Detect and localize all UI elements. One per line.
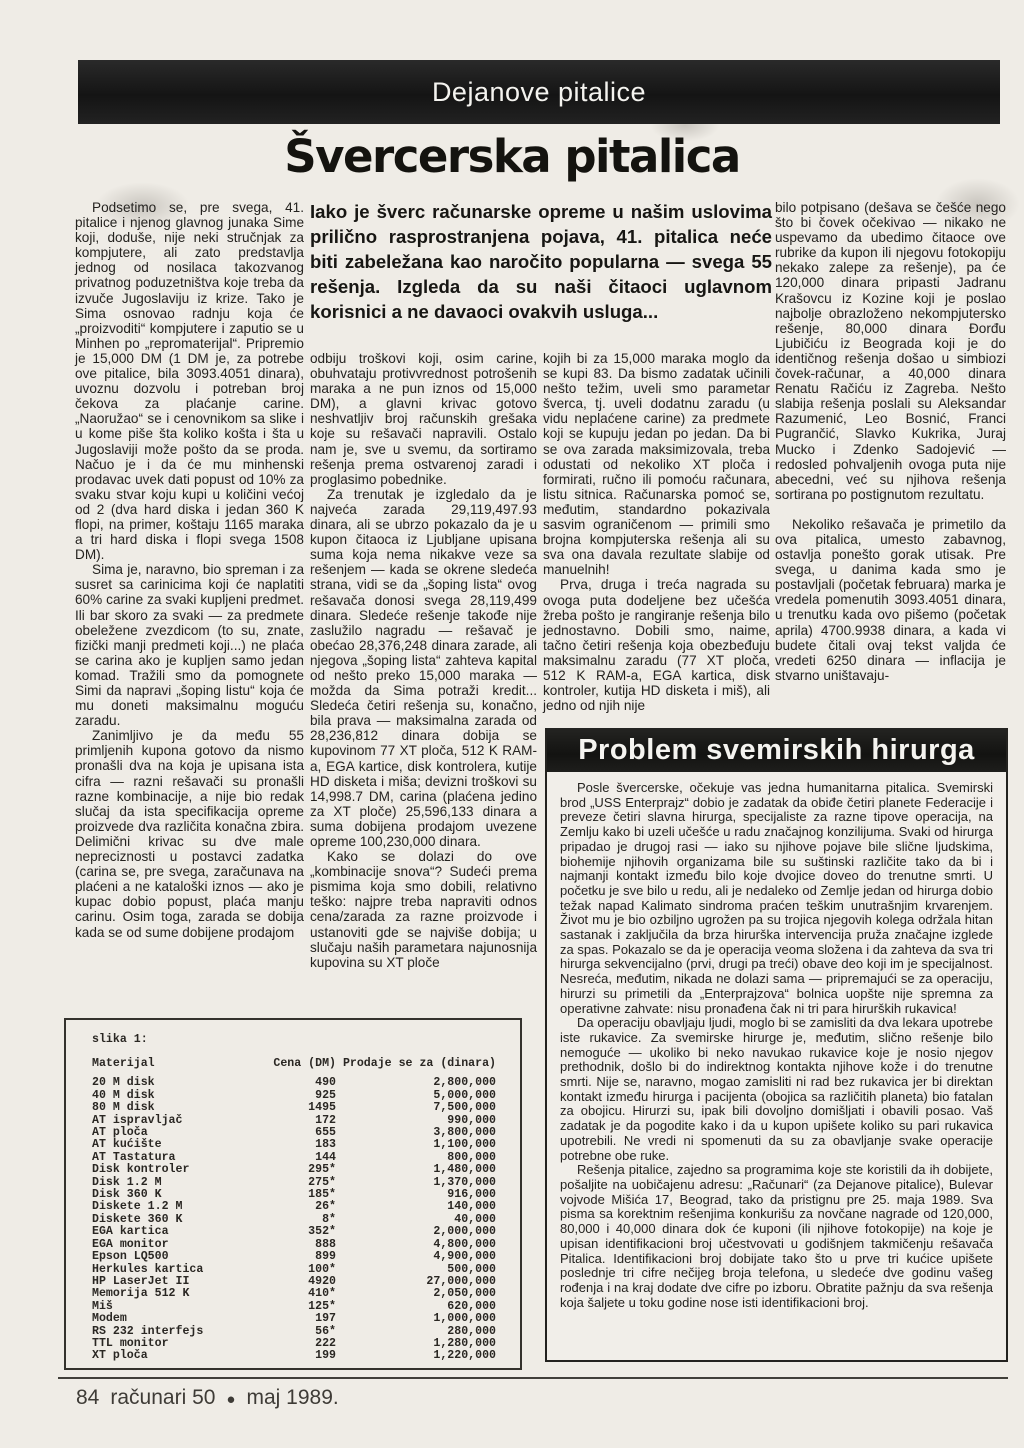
price-cell: 26* bbox=[242, 1201, 336, 1213]
paragraph: Rešenja pitalice, zajedno sa programima … bbox=[560, 1163, 993, 1310]
table-row: EGA kartica352*2,000,000 bbox=[92, 1226, 512, 1238]
paragraph: Sima je, naravno, bio spreman i za susre… bbox=[75, 562, 304, 728]
table-row: 20 M disk4902,800,000 bbox=[92, 1077, 512, 1089]
material-cell: XT ploča bbox=[92, 1350, 242, 1362]
problem-box-title: Problem svemirskih hirurga bbox=[578, 734, 975, 767]
column-1: Podsetimo se, pre svega, 41. pitalice i … bbox=[75, 200, 304, 940]
table-row: 80 M disk14957,500,000 bbox=[92, 1102, 512, 1114]
section-banner: Dejanove pitalice bbox=[78, 60, 1000, 124]
sell-cell: 1,100,000 bbox=[336, 1139, 496, 1151]
column-header-price: Cena (DM) bbox=[242, 1058, 336, 1070]
column-4: bilo potpisano (dešava se češće nego što… bbox=[775, 200, 1006, 683]
material-cell: Epson LQ500 bbox=[92, 1251, 242, 1263]
material-cell: 80 M disk bbox=[92, 1102, 242, 1114]
price-cell: 295* bbox=[242, 1164, 336, 1176]
price-cell: 183 bbox=[242, 1139, 336, 1151]
footer-divider bbox=[58, 1377, 1008, 1379]
paragraph: Nekoliko rešavača je primetilo da ova pi… bbox=[775, 517, 1006, 683]
table-row: Modem1971,000,000 bbox=[92, 1313, 512, 1325]
material-cell: Disk kontroler bbox=[92, 1164, 242, 1176]
table-row: XT ploča1991,220,000 bbox=[92, 1350, 512, 1362]
paragraph: Zanimljivo je da među 55 primljenih kupo… bbox=[75, 728, 304, 939]
page-title: Švercerska pitalica bbox=[0, 130, 1024, 183]
material-cell: Memorija 512 K bbox=[92, 1288, 242, 1300]
column-header-material: Materijal bbox=[92, 1058, 242, 1070]
table-row: Memorija 512 K410*2,050,000 bbox=[92, 1288, 512, 1300]
table-row: Diskete 1.2 M26*140,000 bbox=[92, 1201, 512, 1213]
paragraph: Posle švercerske, očekuje vas jedna huma… bbox=[560, 781, 993, 1016]
magazine-name: računari 50 bbox=[110, 1386, 215, 1410]
material-cell: Diskete 1.2 M bbox=[92, 1201, 242, 1213]
sell-cell: 4,900,000 bbox=[336, 1251, 496, 1263]
table-row: Epson LQ5008994,900,000 bbox=[92, 1251, 512, 1263]
column-3: kojih bi za 15,000 maraka moglo da se ku… bbox=[543, 351, 770, 713]
figure-header-row: Materijal Cena (DM) Prodaje se za (dinar… bbox=[92, 1058, 512, 1070]
issue-date: maj 1989. bbox=[246, 1386, 338, 1410]
lead-paragraph: Iako je šverc računarske opreme u našim … bbox=[310, 199, 772, 324]
column-2: odbiju troškovi koji, osim carine, obuhv… bbox=[310, 351, 537, 970]
paragraph: odbiju troškovi koji, osim carine, obuhv… bbox=[310, 351, 537, 487]
paragraph: Prva, druga i treća nagrada su ovoga put… bbox=[543, 577, 770, 713]
problem-box-title-bar: Problem svemirskih hirurga bbox=[547, 728, 1006, 772]
price-cell: 352* bbox=[242, 1226, 336, 1238]
paragraph: Za trenutak je izgledalo da je najveća z… bbox=[310, 487, 537, 849]
sell-cell: 2,000,000 bbox=[336, 1226, 496, 1238]
sell-cell: 2,050,000 bbox=[336, 1288, 496, 1300]
price-cell: 899 bbox=[242, 1251, 336, 1263]
sell-cell: 2,800,000 bbox=[336, 1077, 496, 1089]
price-list-figure: slika 1: Materijal Cena (DM) Prodaje se … bbox=[64, 1018, 522, 1370]
material-cell: Modem bbox=[92, 1313, 242, 1325]
page-number: 84 bbox=[76, 1386, 99, 1410]
sell-cell: 1,000,000 bbox=[336, 1313, 496, 1325]
sell-cell: 140,000 bbox=[336, 1201, 496, 1213]
paragraph: bilo potpisano (dešava se češće nego što… bbox=[775, 200, 1006, 502]
problem-box: Problem svemirskih hirurga Posle švercer… bbox=[545, 728, 1008, 1362]
table-row: Disk kontroler295*1,480,000 bbox=[92, 1164, 512, 1176]
bullet-separator: ● bbox=[226, 1391, 235, 1408]
material-cell: AT kućište bbox=[92, 1139, 242, 1151]
figure-caption: slika 1: bbox=[92, 1033, 512, 1046]
paragraph: Da operaciju obavljaju ljudi, moglo bi s… bbox=[560, 1016, 993, 1163]
sell-cell: 1,480,000 bbox=[336, 1164, 496, 1176]
material-cell: EGA kartica bbox=[92, 1226, 242, 1238]
table-row: AT kućište1831,100,000 bbox=[92, 1139, 512, 1151]
price-cell: 410* bbox=[242, 1288, 336, 1300]
magazine-page: Dejanove pitalice Švercerska pitalica Po… bbox=[0, 0, 1024, 1448]
problem-box-body: Posle švercerske, očekuje vas jedna huma… bbox=[547, 772, 1006, 1320]
sell-cell: 1,220,000 bbox=[336, 1350, 496, 1362]
column-header-sell: Prodaje se za (dinara) bbox=[336, 1058, 496, 1070]
price-cell: 197 bbox=[242, 1313, 336, 1325]
paragraph: kojih bi za 15,000 maraka moglo da se ku… bbox=[543, 351, 770, 577]
section-banner-label: Dejanove pitalice bbox=[432, 77, 646, 108]
paragraph: Podsetimo se, pre svega, 41. pitalice i … bbox=[75, 200, 304, 562]
page-footer: 84 računari 50 ● maj 1989. bbox=[76, 1386, 339, 1410]
paragraph: Kako se dolazi do ove „kombinacije snova… bbox=[310, 849, 537, 970]
sell-cell: 7,500,000 bbox=[336, 1102, 496, 1114]
price-cell: 1495 bbox=[242, 1102, 336, 1114]
price-cell: 490 bbox=[242, 1077, 336, 1089]
material-cell: 20 M disk bbox=[92, 1077, 242, 1089]
price-cell: 199 bbox=[242, 1350, 336, 1362]
